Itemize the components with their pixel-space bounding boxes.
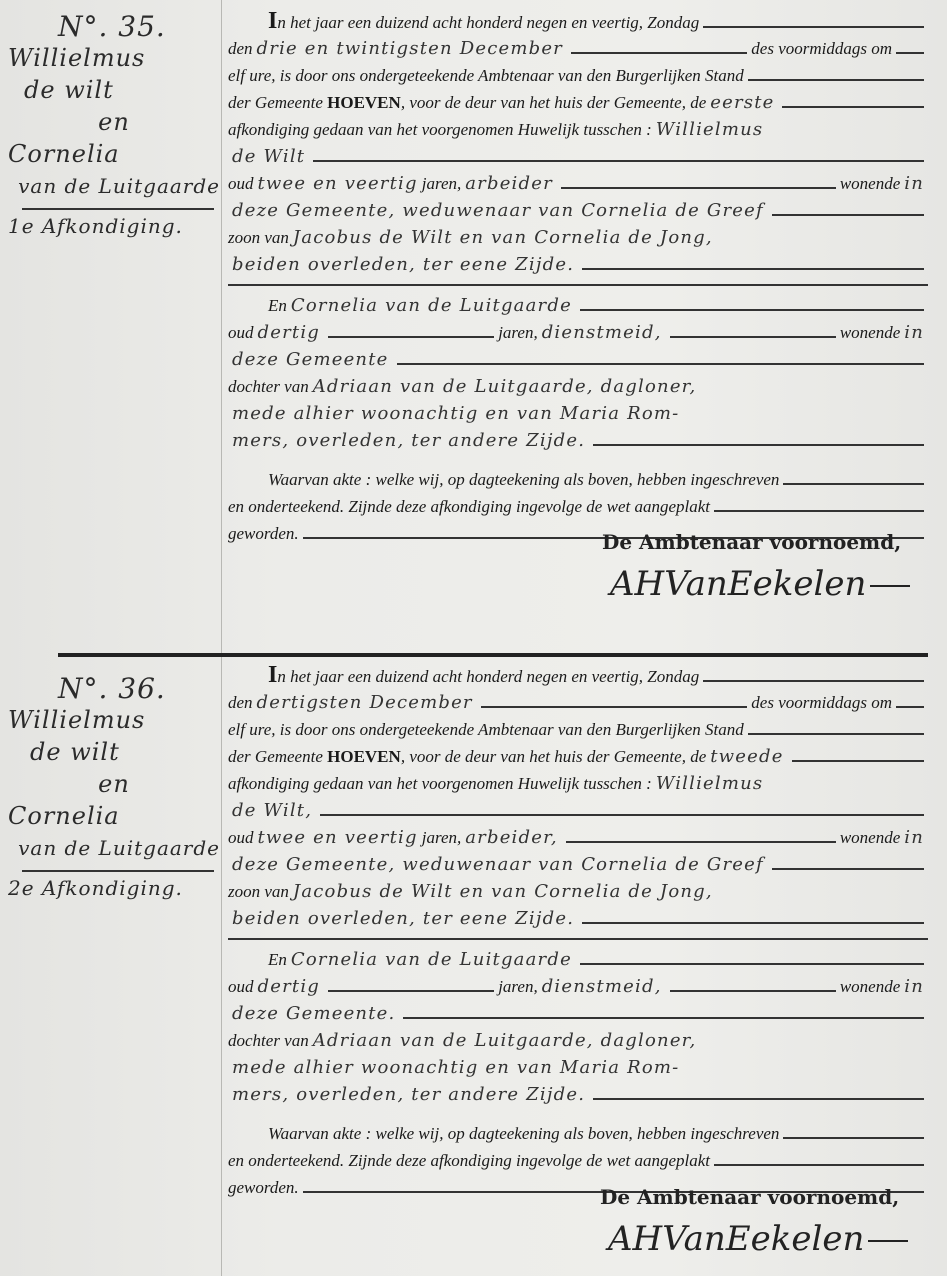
date-field: dertigsten December — [253, 689, 477, 716]
closing-line-1: Waarvan akte : welke wij, op dagteekenin… — [268, 1120, 779, 1147]
signature-block: De Ambtenaar voornoemd, AHVanEekelen — [602, 530, 902, 604]
residence-in: in — [900, 319, 928, 346]
label-oud: oud — [228, 170, 254, 197]
entry-36: N°. 36. Willielmus de wilt en Cornelia v… — [0, 648, 947, 1276]
bride-name-field: Cornelia van de Luitgaarde — [287, 292, 576, 319]
ordinal-field: tweede — [706, 743, 787, 770]
label-zoon-van: zoon van — [228, 878, 289, 905]
margin-divider — [22, 208, 214, 210]
groom-parents-field: Jacobus de Wilt en van Cornelia de Jong, — [289, 224, 717, 251]
bride-parents-status: mers, overleden, ter andere Zijde. — [228, 427, 589, 454]
register-page: N°. 35. Willielmus de wilt en Cornelia v… — [0, 0, 947, 1276]
municipality-name: HOEVEN — [327, 743, 401, 770]
entry-35: N°. 35. Willielmus de wilt en Cornelia v… — [0, 0, 947, 640]
bride-father-field: Adriaan van de Luitgaarde, dagloner, — [309, 1027, 701, 1054]
bride-surname: van de Luitgaarde — [8, 832, 220, 864]
municipality-name: HOEVEN — [327, 89, 401, 116]
label-wonende: wonende — [840, 973, 900, 1000]
conjunction: en — [8, 768, 220, 800]
label-zoon-van: zoon van — [228, 224, 289, 251]
official-title: De Ambtenaar voornoemd, — [602, 530, 902, 554]
bride-given-name: Cornelia — [8, 138, 220, 170]
akte-number: N°. 36. — [8, 674, 220, 704]
closing-line-2: en onderteekend. Zijnde deze afkondiging… — [228, 1147, 710, 1174]
bride-mother-field: mede alhier woonachtig en van Maria Rom- — [228, 400, 683, 427]
marriage-line: afkondiging gedaan van het voorgenomen H… — [228, 770, 652, 797]
label-oud: oud — [228, 319, 254, 346]
bride-age-field: dertig — [254, 973, 325, 1000]
groom-surname-field: de Wilt, — [228, 797, 316, 824]
conjunction: en — [8, 106, 220, 138]
groom-given-name: Willielmus — [8, 704, 220, 736]
label-oud: oud — [228, 973, 254, 1000]
bride-surname: van de Luitgaarde — [8, 170, 220, 202]
label-jaren: jaren, — [422, 170, 462, 197]
label-jaren: jaren, — [422, 824, 462, 851]
groom-surname: de wilt — [8, 736, 220, 768]
label-den: den — [228, 689, 253, 716]
residence-in: in — [900, 170, 928, 197]
date-field: drie en twintigsten December — [253, 35, 567, 62]
groom-surname: de wilt — [8, 74, 220, 106]
margin-divider — [22, 870, 214, 872]
label-wonende: wonende — [840, 170, 900, 197]
bride-occupation-field: dienstmeid, — [538, 319, 666, 346]
section-rule — [228, 938, 928, 940]
groom-residence-field: deze Gemeente, weduwenaar van Cornelia d… — [228, 197, 768, 224]
label-den: den — [228, 35, 253, 62]
official-title: De Ambtenaar voornoemd, — [600, 1185, 900, 1209]
label-wonende: wonende — [840, 319, 900, 346]
proclamation-status: 2e Afkondiging. — [8, 876, 220, 900]
label-en: En — [268, 292, 287, 319]
groom-surname-field: de Wilt — [228, 143, 309, 170]
initial-letter: I — [268, 8, 277, 35]
official-signature: AHVanEekelen — [602, 564, 902, 604]
label-gemeente: der Gemeente — [228, 743, 323, 770]
year-line: n het jaar een duizend acht honderd nege… — [277, 663, 699, 690]
groom-parents-status: beiden overleden, ter eene Zijde. — [228, 251, 578, 278]
groom-age-field: twee en veertig — [254, 170, 422, 197]
label-dochter-van: dochter van — [228, 1027, 309, 1054]
label-time: des voormiddags om — [751, 689, 892, 716]
groom-given-field: Willielmus — [652, 116, 768, 143]
entry-body: In het jaar een duizend acht honderd neg… — [228, 8, 928, 547]
bride-residence-field: deze Gemeente — [228, 346, 393, 373]
bride-occupation-field: dienstmeid, — [538, 973, 666, 1000]
groom-residence-field: deze Gemeente, weduwenaar van Cornelia d… — [228, 851, 768, 878]
bride-age-field: dertig — [254, 319, 325, 346]
closing-line-3: geworden. — [228, 1174, 299, 1201]
label-oud: oud — [228, 824, 254, 851]
closing-line-2: en onderteekend. Zijnde deze afkondiging… — [228, 493, 710, 520]
label-gemeente: der Gemeente — [228, 89, 323, 116]
entry-margin-note: N°. 35. Willielmus de wilt en Cornelia v… — [8, 12, 220, 238]
groom-occupation-field: arbeider — [461, 170, 557, 197]
location-line: , voor de deur van het huis der Gemeente… — [401, 89, 706, 116]
label-jaren: jaren, — [498, 973, 538, 1000]
residence-in: in — [900, 973, 928, 1000]
label-en: En — [268, 946, 287, 973]
label-time: des voormiddags om — [751, 35, 892, 62]
bride-father-field: Adriaan van de Luitgaarde, dagloner, — [309, 373, 701, 400]
label-wonende: wonende — [840, 824, 900, 851]
entry-margin-note: N°. 36. Willielmus de wilt en Cornelia v… — [8, 674, 220, 900]
entry-body: In het jaar een duizend acht honderd neg… — [228, 662, 928, 1201]
label-dochter-van: dochter van — [228, 373, 309, 400]
closing-line-1: Waarvan akte : welke wij, op dagteekenin… — [268, 466, 779, 493]
year-line: n het jaar een duizend acht honderd nege… — [277, 9, 699, 36]
official-line: elf ure, is door ons ondergeteekende Amb… — [228, 716, 744, 743]
section-rule — [228, 284, 928, 286]
marriage-line: afkondiging gedaan van het voorgenomen H… — [228, 116, 652, 143]
bride-given-name: Cornelia — [8, 800, 220, 832]
bride-residence-field: deze Gemeente. — [228, 1000, 399, 1027]
groom-given-name: Willielmus — [8, 42, 220, 74]
bride-parents-status: mers, overleden, ter andere Zijde. — [228, 1081, 589, 1108]
label-jaren: jaren, — [498, 319, 538, 346]
location-line: , voor de deur van het huis der Gemeente… — [401, 743, 706, 770]
groom-parents-status: beiden overleden, ter eene Zijde. — [228, 905, 578, 932]
groom-occupation-field: arbeider, — [461, 824, 562, 851]
bride-name-field: Cornelia van de Luitgaarde — [287, 946, 576, 973]
ordinal-field: eerste — [706, 89, 778, 116]
signature-block: De Ambtenaar voornoemd, AHVanEekelen — [600, 1185, 900, 1259]
groom-parents-field: Jacobus de Wilt en van Cornelia de Jong, — [289, 878, 717, 905]
bride-mother-field: mede alhier woonachtig en van Maria Rom- — [228, 1054, 683, 1081]
residence-in: in — [900, 824, 928, 851]
proclamation-status: 1e Afkondiging. — [8, 214, 220, 238]
official-line: elf ure, is door ons ondergeteekende Amb… — [228, 62, 744, 89]
akte-number: N°. 35. — [8, 12, 220, 42]
groom-age-field: twee en veertig — [254, 824, 422, 851]
official-signature: AHVanEekelen — [600, 1219, 900, 1259]
initial-letter: I — [268, 662, 277, 689]
groom-given-field: Willielmus — [652, 770, 768, 797]
closing-line-3: geworden. — [228, 520, 299, 547]
